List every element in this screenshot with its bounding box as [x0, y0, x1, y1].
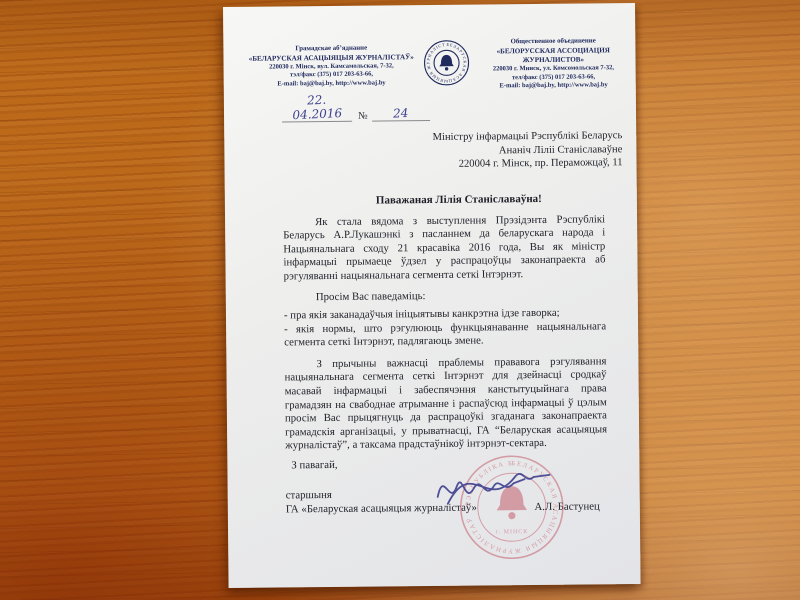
- recipient-address: 220004 г. Мінск, пр. Пераможцаў, 11: [224, 156, 622, 173]
- bell-icon: [439, 55, 454, 71]
- number-sign: №: [358, 111, 368, 122]
- request-item-2: - якія нормы, што рэгулююць функцыянаван…: [284, 320, 606, 350]
- org-email-by: E-mail: baj@baj.by, http://www.baj.by: [246, 79, 418, 89]
- salutation: Паважаная Лілія Станіславаўна!: [253, 191, 665, 207]
- handwritten-number: 24: [393, 106, 409, 121]
- handwritten-date: 22. 04.2016: [281, 92, 352, 123]
- org-name-ru: «БЕЛОРУССКАЯ АССОЦИАЦИЯ ЖУРНАЛИСТОВ»: [475, 46, 632, 66]
- baj-logo-icon: БЕЛАРУСКАЯ АСАЦЫЯЦЫЯ ЖУРНАЛІСТАЎ: [422, 39, 471, 92]
- org-email-ru: E-mail: baj@baj.by, http://www.baj.by: [475, 81, 631, 91]
- letterhead-belarusian: Грамадскае аб’яднанне «БЕЛАРУСКАЯ АСАЦЫЯ…: [245, 44, 417, 89]
- letterhead: Грамадскае аб’яднанне «БЕЛАРУСКАЯ АСАЦЫЯ…: [223, 3, 636, 94]
- paragraph-intro: Як стала вядома з выступлення Прэзідэнта…: [283, 213, 606, 284]
- number-field: 24: [372, 106, 430, 122]
- stamp-city-text: г. МІНСК: [496, 529, 529, 535]
- recipient-block: Міністру інфармацыі Рэспублікі Беларусь …: [224, 129, 622, 173]
- handwritten-signature: [427, 456, 573, 524]
- reference-line: 22. 04.2016 № 24: [282, 102, 636, 122]
- letter-document: Грамадскае аб’яднанне «БЕЛАРУСКАЯ АСАЦЫЯ…: [223, 3, 641, 588]
- paragraph-rationale: З прычыны важнасці праблемы прававога рэ…: [284, 355, 607, 453]
- paragraph-request: Просім Вас паведаміць:: [284, 289, 606, 306]
- date-field: 22. 04.2016: [282, 93, 352, 123]
- letterhead-russian: Общественное объединение «БЕЛОРУССКАЯ АС…: [475, 37, 632, 91]
- letter-body: Як стала вядома з выступлення Прэзідэнта…: [283, 213, 607, 473]
- request-list: - пра якія заканадаўчыя ініцыятывы канкр…: [284, 306, 606, 350]
